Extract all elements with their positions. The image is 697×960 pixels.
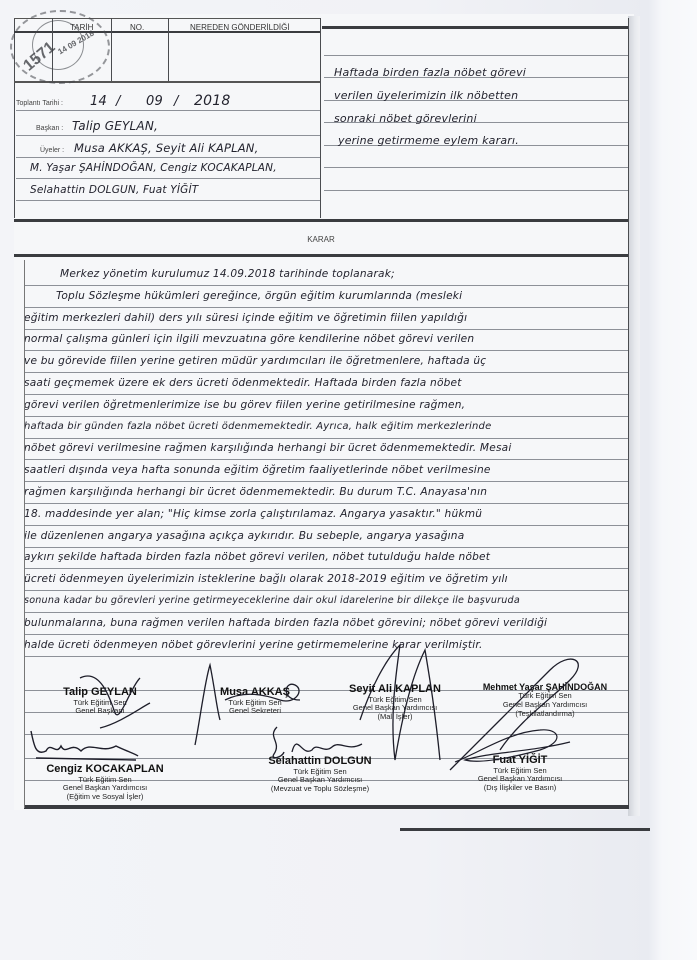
border-right (628, 18, 629, 808)
rule-line (24, 568, 628, 569)
decision-line: saati geçmemek üzere ek ders ücreti öden… (24, 377, 462, 389)
decision-line: aykırı şekilde haftada birden fazla nöbe… (24, 551, 490, 563)
rule-line (24, 416, 628, 417)
rule-line (24, 590, 628, 591)
rule-line (24, 525, 628, 526)
header-col-nereden: NEREDEN GÖNDERİLDİĞİ (190, 23, 290, 32)
signatory-department: (Mevzuat ve Toplu Sözleşme) (240, 785, 400, 794)
rule-line (24, 612, 628, 613)
karar-title: KARAR (14, 235, 628, 244)
decision-line: sonuna kadar bu görevleri yerine getirme… (24, 595, 520, 606)
members-line-2: M. Yaşar ŞAHİNDOĞAN, Cengiz KOCAKAPLAN, (30, 162, 277, 174)
signatory-department: (Dış İlişkiler ve Basın) (440, 784, 600, 793)
rule-line (16, 157, 320, 158)
rule-line (324, 167, 628, 168)
rule-line (24, 438, 628, 439)
rule-line (24, 350, 628, 351)
members-line-1: Musa AKKAŞ, Seyit Ali KAPLAN, (74, 141, 258, 155)
date-separator: / (174, 94, 179, 109)
rule-line (324, 190, 628, 191)
rule-line (24, 503, 628, 504)
rule-line (24, 285, 628, 286)
rule-line (24, 394, 628, 395)
signature-scribble-kocakaplan (26, 726, 146, 766)
page-bottom-edge (400, 828, 650, 831)
subject-line-2: verilen üyelerimizin ilk nöbetten (334, 89, 518, 102)
decision-line: eğitim merkezleri dahil) ders yılı süres… (24, 312, 467, 324)
rule-line (16, 178, 320, 179)
subject-top-border (322, 26, 628, 29)
body-left-border (24, 260, 25, 808)
chair-value: Talip GEYLAN, (72, 119, 158, 133)
meeting-date-month: 09 (146, 94, 163, 109)
date-separator: / (116, 94, 121, 109)
header-col-divider (111, 18, 112, 82)
rule-line (24, 372, 628, 373)
rule-line (24, 329, 628, 330)
decision-line: haftada bir günden fazla nöbet ücreti öd… (24, 421, 491, 432)
chair-label: Başkan : (36, 125, 63, 132)
rule-line (24, 634, 628, 635)
decision-line: bulunmalarına, buna rağmen verilen hafta… (24, 617, 547, 629)
rule-line (16, 135, 320, 136)
signature-scribble-dolgun (262, 722, 372, 762)
page-edge-shadow (628, 16, 640, 816)
rule-line (16, 110, 320, 111)
meeting-date-label: Toplantı Tarihi : (16, 100, 63, 107)
decision-line: ve bu görevide fiilen yerine getiren müd… (24, 355, 486, 367)
meeting-date-day: 14 (90, 94, 107, 109)
karar-bottom-border (14, 254, 628, 257)
decision-line: Merkez yönetim kurulumuz 14.09.2018 tari… (60, 268, 395, 280)
decision-line: görevi verilen öğretmenlerimize ise bu g… (24, 399, 465, 411)
decision-line: normal çalışma günleri için ilgili mevzu… (24, 333, 474, 345)
members-line-3: Selahattin DOLGUN, Fuat YİĞİT (30, 184, 198, 196)
rule-line (16, 200, 320, 201)
rule-line (24, 481, 628, 482)
header-center-divider (320, 18, 321, 218)
subject-line-3: sonraki nöbet görevlerini (334, 112, 477, 125)
signature-block-kocakaplan: Cengiz KOCAKAPLANTürk Eğitim SenGenel Ba… (30, 763, 180, 802)
decision-line: nöbet görevi verilmesine rağmen karşılığ… (24, 442, 512, 454)
subject-line-1: Haftada birden fazla nöbet görevi (334, 66, 526, 79)
header-col-divider (168, 18, 169, 82)
rule-line (24, 459, 628, 460)
decision-line: rağmen karşılığında herhangi bir ücret ö… (24, 486, 487, 498)
meeting-date-year: 2018 (194, 93, 230, 109)
decision-line: Toplu Sözleşme hükümleri gereğince, örgü… (56, 290, 462, 302)
decision-line: ücreti ödenmeyen üyelerimizin isteklerin… (24, 573, 508, 585)
signatory-department: (Eğitim ve Sosyal İşler) (30, 793, 180, 802)
members-label: Üyeler : (40, 147, 64, 154)
decision-line: saatleri dışında veya hafta sonunda eğit… (24, 464, 491, 476)
decision-line: ile düzenlenen angarya yasağına açıkça a… (24, 530, 464, 542)
header-col-no: NO. (130, 23, 144, 32)
karar-top-border (14, 219, 628, 222)
signature-scribble-yigit (450, 722, 580, 772)
rule-line (24, 307, 628, 308)
subject-line-4: yerine getirmeme eylem kararı. (338, 134, 519, 147)
form-bottom-border (24, 805, 629, 809)
rule-line (24, 547, 628, 548)
rule-line (324, 55, 628, 56)
decision-line: 18. maddesinde yer alan; "Hiç kimse zorl… (24, 508, 482, 520)
